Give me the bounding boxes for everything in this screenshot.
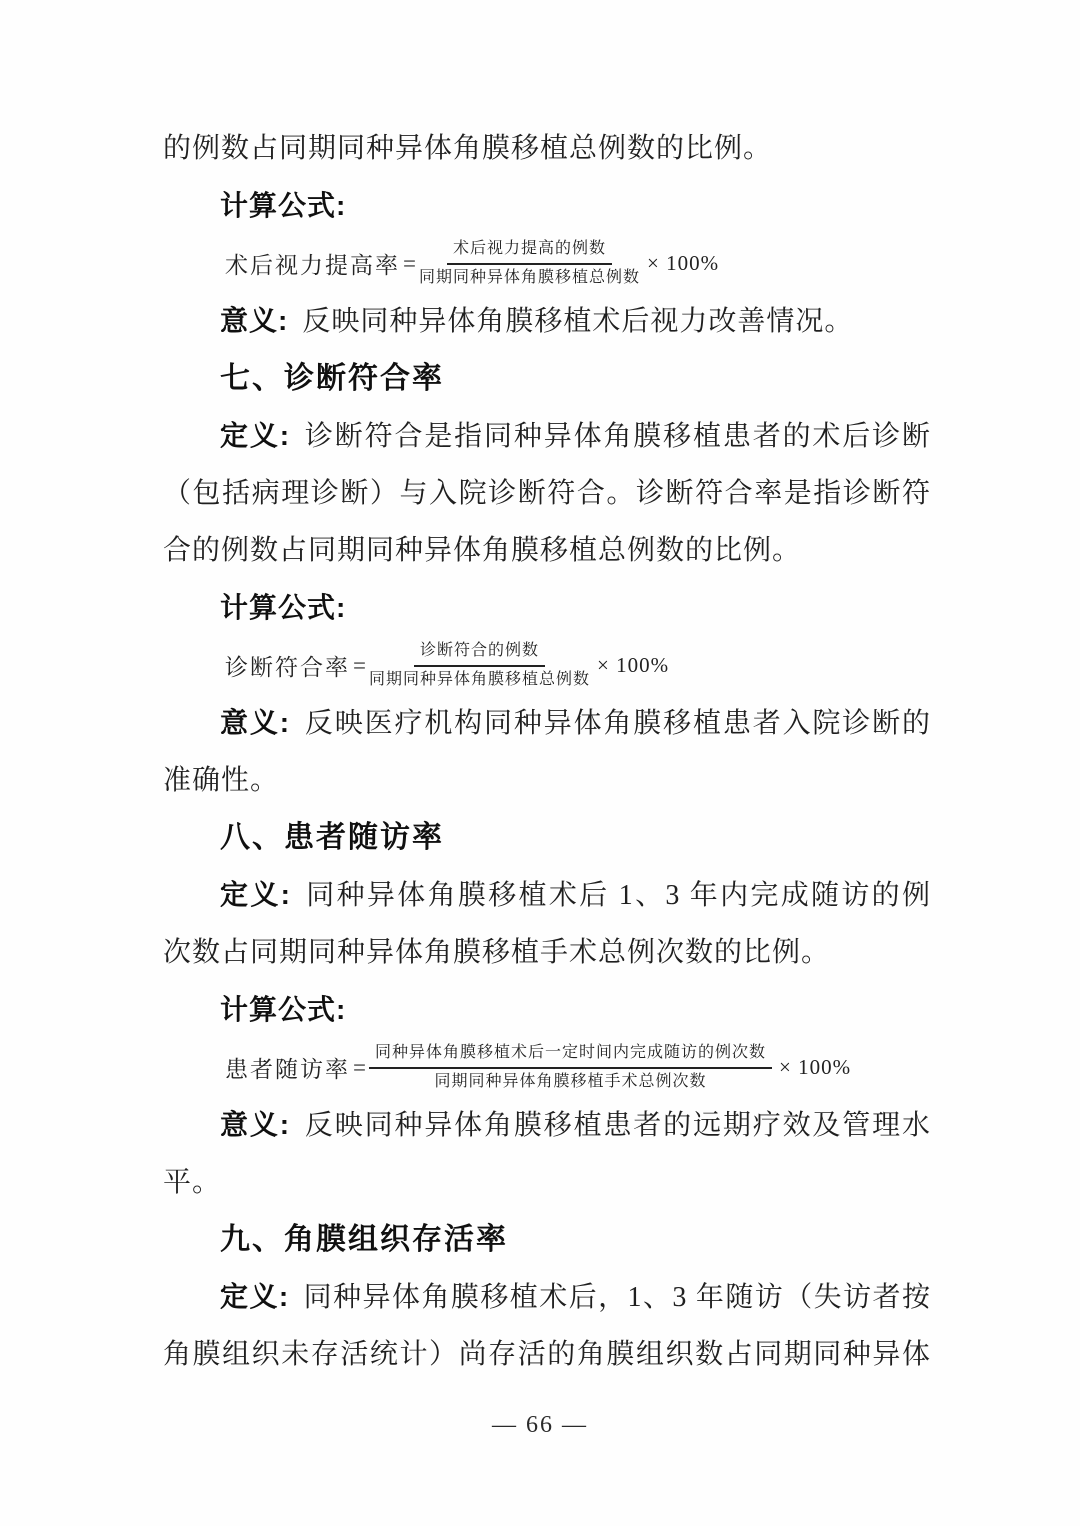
document-body: 的例数占同期同种异体角膜移植总例数的比例。 计算公式: 术后视力提高率 = 术后… — [163, 120, 931, 1383]
meaning-text: 反映医疗机构同种异体角膜移植患者入院诊断的 — [304, 708, 931, 739]
definition-line: 定义:同种异体角膜移植术后，1、3 年随访（失访者按 — [163, 1268, 931, 1326]
fraction-numerator: 术后视力提高的例数 — [447, 239, 612, 265]
definition-text: 同种异体角膜移植术后，1、3 年随访（失访者按 — [303, 1282, 931, 1313]
definition-text: 同种异体角膜移植术后 1、3 年内完成随访的例 — [305, 880, 931, 911]
meaning-label: 意义: — [220, 1109, 290, 1140]
formula-label-line: 计算公式: — [163, 177, 931, 235]
fraction-denominator: 同期同种异体角膜移植总例数 — [369, 667, 590, 691]
meaning-label: 意义: — [220, 707, 290, 738]
formula-label: 计算公式: — [220, 190, 346, 221]
formula-multiplier: × 100% — [779, 1055, 851, 1080]
page-number: — 66 — — [492, 1412, 588, 1438]
formula-diagnosis-concordance: 诊断符合率 = 诊断符合的例数 同期同种异体角膜移植总例数 × 100% — [163, 637, 931, 694]
definition-label: 定义: — [220, 879, 291, 910]
formula-multiplier: × 100% — [647, 251, 719, 276]
definition-text: （包括病理诊断）与入院诊断符合。诊断符合率是指诊断符 — [163, 478, 931, 509]
section-heading-9: 九、角膜组织存活率 — [163, 1211, 931, 1268]
equals-sign: = — [353, 653, 366, 679]
definition-label: 定义: — [220, 1281, 289, 1312]
fraction: 同种异体角膜移植术后一定时间内完成随访的例次数 同期同种异体角膜移植手术总例次数 — [369, 1043, 772, 1093]
formula-multiplier: × 100% — [597, 653, 669, 678]
meaning-line: 意义:反映同种异体角膜移植患者的远期疗效及管理水 — [163, 1096, 931, 1154]
definition-text: 诊断符合是指同种异体角膜移植患者的术后诊断 — [304, 421, 931, 452]
meaning-line: 意义:反映医疗机构同种异体角膜移植患者入院诊断的 — [163, 694, 931, 752]
meaning-text: 反映同种异体角膜移植术后视力改善情况。 — [302, 306, 853, 337]
definition-line: 合的例数占同期同种异体角膜移植总例数的比例。 — [163, 522, 931, 579]
meaning-text: 反映同种异体角膜移植患者的远期疗效及管理水 — [304, 1110, 931, 1141]
formula-label: 计算公式: — [220, 994, 346, 1025]
section-heading-7: 七、诊断符合率 — [163, 350, 931, 407]
definition-line: 定义:诊断符合是指同种异体角膜移植患者的术后诊断 — [163, 407, 931, 465]
meaning-line: 平。 — [163, 1154, 931, 1211]
formula-label-line: 计算公式: — [163, 579, 931, 637]
fraction: 诊断符合的例数 同期同种异体角膜移植总例数 — [369, 641, 590, 691]
body-text: 的例数占同期同种异体角膜移植总例数的比例。 — [163, 133, 772, 164]
equals-sign: = — [353, 1055, 366, 1081]
definition-text: 次数占同期同种异体角膜移植手术总例次数的比例。 — [163, 937, 830, 968]
fraction-numerator: 诊断符合的例数 — [414, 641, 545, 667]
section-heading-8: 八、患者随访率 — [163, 809, 931, 866]
page-footer: — 66 — — [0, 1412, 1080, 1439]
meaning-line: 意义:反映同种异体角膜移植术后视力改善情况。 — [163, 292, 931, 350]
definition-line: 角膜组织未存活统计）尚存活的角膜组织数占同期同种异体 — [163, 1326, 931, 1383]
definition-line: 次数占同期同种异体角膜移植手术总例次数的比例。 — [163, 924, 931, 981]
formula-label: 计算公式: — [220, 592, 346, 623]
body-text-line: 的例数占同期同种异体角膜移植总例数的比例。 — [163, 120, 931, 177]
definition-line: 定义:同种异体角膜移植术后 1、3 年内完成随访的例 — [163, 866, 931, 924]
formula-postop-vision: 术后视力提高率 = 术后视力提高的例数 同期同种异体角膜移植总例数 × 100% — [163, 235, 931, 292]
formula-lhs: 术后视力提高率 — [225, 247, 400, 280]
definition-text: 角膜组织未存活统计）尚存活的角膜组织数占同期同种异体 — [163, 1339, 931, 1370]
fraction-denominator: 同期同种异体角膜移植总例数 — [419, 265, 640, 289]
meaning-label: 意义: — [220, 305, 288, 336]
formula-follow-up-rate: 患者随访率 = 同种异体角膜移植术后一定时间内完成随访的例次数 同期同种异体角膜… — [163, 1039, 931, 1096]
meaning-line: 准确性。 — [163, 752, 931, 809]
fraction-denominator: 同期同种异体角膜移植手术总例次数 — [434, 1069, 706, 1093]
equals-sign: = — [403, 251, 416, 277]
document-page: 的例数占同期同种异体角膜移植总例数的比例。 计算公式: 术后视力提高率 = 术后… — [0, 0, 1080, 1526]
fraction-numerator: 同种异体角膜移植术后一定时间内完成随访的例次数 — [369, 1043, 772, 1069]
meaning-text: 准确性。 — [163, 765, 279, 796]
formula-lhs: 诊断符合率 — [225, 649, 350, 682]
meaning-text: 平。 — [163, 1167, 221, 1198]
definition-text: 合的例数占同期同种异体角膜移植总例数的比例。 — [163, 535, 801, 566]
definition-line: （包括病理诊断）与入院诊断符合。诊断符合率是指诊断符 — [163, 465, 931, 522]
definition-label: 定义: — [220, 420, 290, 451]
fraction: 术后视力提高的例数 同期同种异体角膜移植总例数 — [419, 239, 640, 289]
formula-lhs: 患者随访率 — [225, 1051, 350, 1084]
formula-label-line: 计算公式: — [163, 981, 931, 1039]
